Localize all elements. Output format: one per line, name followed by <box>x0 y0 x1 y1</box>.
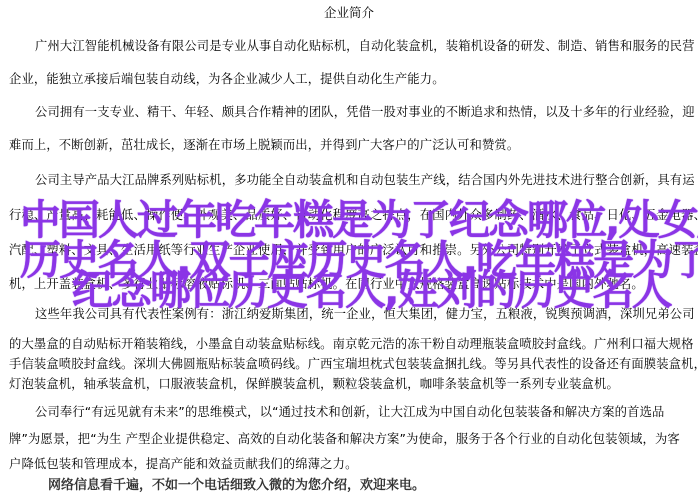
paragraph-line: 难而上，不断创新，茁壮成长，逐渐在市场上脱颖而出，并得到广大客户的广泛认可和赞赏… <box>9 137 694 153</box>
paragraph-line: 牌”为愿景，把“为生 产型企业提供稳定、高效的自动化装备和解决方案”为使命，服务… <box>9 431 694 447</box>
watermark-headline-line: 纪念哪位历史名人,姓刘的历史名人 <box>72 268 671 312</box>
paragraph-line: 公司主导产品大江品牌系列贴标机，多功能全自动装盒机和自动包装生产线，结合国内外先… <box>35 172 698 188</box>
paragraph-line: 户降低包装和管理成本，提高产能和效益贡献我们的绵薄之力。 <box>9 456 694 472</box>
paragraph-line: 企业，能独立承接后端包装自动线，为各企业减少人工，提供自动化生产能力。 <box>9 71 694 87</box>
paragraph-line: 广州大江智能机械设备有限公司是专业从事自动化贴标机，自动化装盒机，装箱机设备的研… <box>35 38 698 54</box>
paragraph-line: 公司拥有一支专业、精干、年轻、颇具合作精神的团队，凭借一股对事业的不断追求和热情… <box>35 104 698 120</box>
paragraph-line: 的大墨盒的自动贴标开箱装箱线，小墨盒自动装盒贴标线。南京乾元浩的冻干粉自动理瓶装… <box>9 336 694 352</box>
paragraph-line: 灯泡装盒机，轴承装盒机，口服液装盒机，保鲜膜装盒机，颗粒袋装盒机，咖啡条装盒机等… <box>9 376 694 392</box>
closing-call-to-action: 网络信息看千遍，不如一个电话细致入微的为您介绍，欢迎来电。 <box>48 478 425 494</box>
document-title: 企业简介 <box>0 5 698 21</box>
paragraph-line: 公司奉行“有远见就有未来”的思维模式，以“通过技术和创新，让大江成为中国自动化包… <box>35 404 698 420</box>
paragraph-line: 手信装盒喷胶封盒线。深圳大佛圆瓶贴标装盒喷码线。广西宝瑞坦枕式包装装盒捆扎线。等… <box>9 356 694 372</box>
